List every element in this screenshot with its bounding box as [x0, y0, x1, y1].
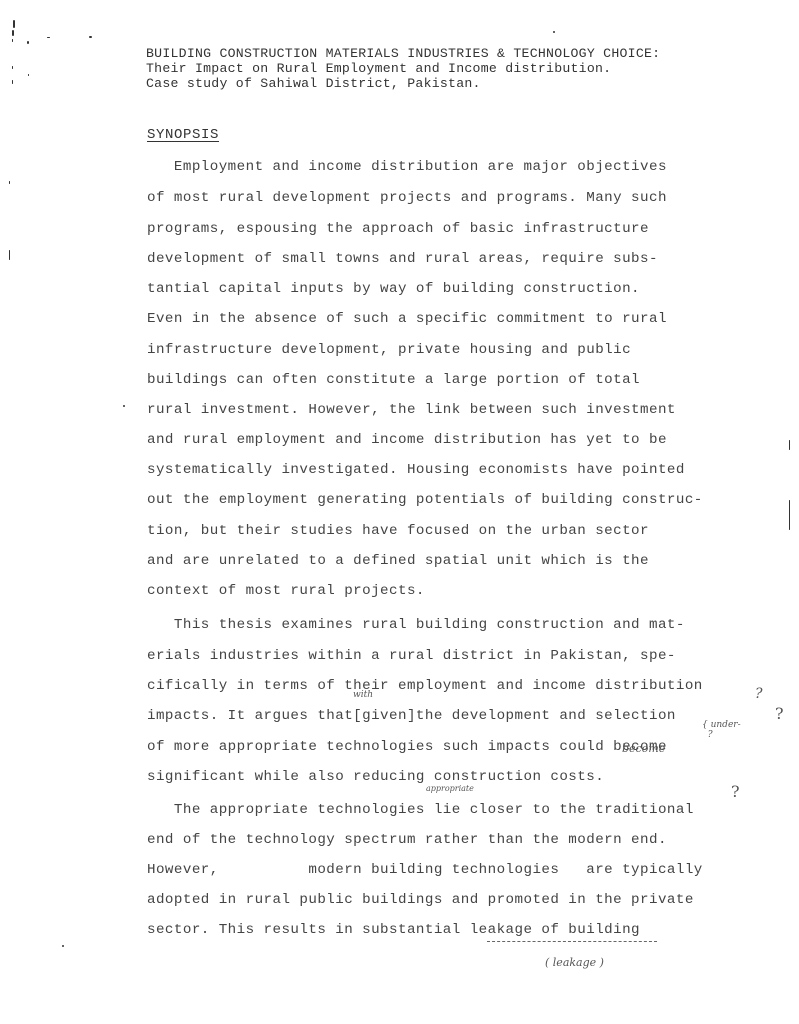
- scan-speck: [28, 74, 29, 76]
- body-line: systematically investigated. Housing eco…: [147, 461, 685, 479]
- scan-speck: [12, 80, 13, 84]
- body-line: context of most rural projects.: [147, 582, 425, 600]
- body-line: Even in the absence of such a specific c…: [147, 310, 667, 328]
- body-line: tion, but their studies have focused on …: [147, 522, 649, 540]
- scan-speck: [9, 181, 10, 184]
- scan-speck: [789, 500, 790, 530]
- body-line: of most rural development projects and p…: [147, 189, 667, 207]
- scan-speck: [12, 66, 13, 69]
- scan-speck: [47, 37, 50, 38]
- body-line: programs, espousing the approach of basi…: [147, 220, 649, 238]
- title-line-3: Case study of Sahiwal District, Pakistan…: [146, 76, 796, 91]
- body-line: However, modern building technologies ar…: [147, 861, 703, 879]
- body-line: This thesis examines rural building cons…: [147, 616, 685, 634]
- margin-question-mark: ?: [731, 782, 740, 801]
- body-line: Employment and income distribution are m…: [147, 158, 667, 176]
- body-line: significant while also reducing construc…: [147, 768, 604, 786]
- margin-handwritten-note: { under- ?: [702, 720, 741, 740]
- body-line: of more appropriate technologies such im…: [147, 738, 667, 756]
- scanned-document-page: BUILDING CONSTRUCTION MATERIALS INDUSTRI…: [0, 0, 799, 1024]
- scan-speck: [12, 39, 13, 42]
- handwritten-bottom-note: ( leakage ): [545, 956, 604, 969]
- body-line: The appropriate technologies lie closer …: [147, 801, 694, 819]
- section-heading-synopsis: SYNOPSIS: [147, 127, 219, 143]
- body-line: impacts. It argues that[given]the develo…: [147, 707, 676, 725]
- scan-speck: [123, 405, 125, 407]
- body-line: and rural employment and income distribu…: [147, 431, 667, 449]
- scan-speck: [553, 31, 555, 33]
- body-line: end of the technology spectrum rather th…: [147, 831, 667, 849]
- scan-speck: [789, 440, 790, 450]
- scan-speck: [27, 41, 29, 44]
- document-title: BUILDING CONSTRUCTION MATERIALS INDUSTRI…: [146, 46, 796, 91]
- body-line: buildings can often constitute a large p…: [147, 371, 640, 389]
- handwritten-insert-appropriate: appropriate: [426, 784, 474, 793]
- body-line: adopted in rural public buildings and pr…: [147, 891, 694, 909]
- margin-question-mark: ?: [755, 686, 763, 702]
- margin-question-mark: ?: [775, 704, 784, 723]
- body-line: and are unrelated to a defined spatial u…: [147, 552, 649, 570]
- title-line-2: Their Impact on Rural Employment and Inc…: [146, 61, 796, 76]
- body-line: out the employment generating potentials…: [147, 491, 703, 509]
- scan-speck: [9, 250, 10, 260]
- handwritten-word-become: become: [622, 742, 665, 755]
- handwritten-insert-with: with: [353, 690, 373, 700]
- body-line: infrastructure development, private hous…: [147, 341, 631, 359]
- body-line: tantial capital inputs by way of buildin…: [147, 280, 640, 298]
- scan-speck: [12, 30, 14, 36]
- scan-speck: [62, 945, 64, 947]
- body-line: development of small towns and rural are…: [147, 250, 658, 268]
- body-line: erials industries within a rural distric…: [147, 647, 676, 665]
- scan-speck: [13, 20, 15, 28]
- body-line: cifically in terms of their employment a…: [147, 677, 703, 695]
- body-line: rural investment. However, the link betw…: [147, 401, 676, 419]
- scan-speck: [89, 36, 92, 38]
- handwritten-underline: [487, 941, 657, 942]
- title-line-1: BUILDING CONSTRUCTION MATERIALS INDUSTRI…: [146, 46, 796, 61]
- body-line: sector. This results in substantial leak…: [147, 921, 640, 939]
